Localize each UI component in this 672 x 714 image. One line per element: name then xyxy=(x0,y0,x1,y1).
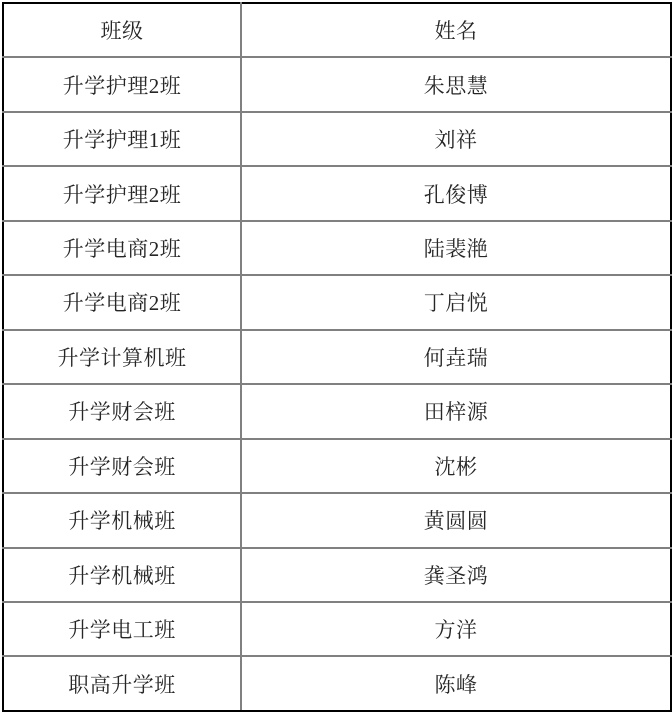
class-cell: 升学电商2班 xyxy=(3,275,241,329)
class-cell: 升学电商2班 xyxy=(3,221,241,275)
class-cell: 升学计算机班 xyxy=(3,330,241,384)
class-cell: 升学财会班 xyxy=(3,439,241,493)
table-row: 升学机械班 黄圆圆 xyxy=(3,493,671,547)
name-cell: 方洋 xyxy=(241,602,671,656)
name-cell: 陆裴滟 xyxy=(241,221,671,275)
table-row: 升学护理2班 孔俊博 xyxy=(3,166,671,220)
table-header-row: 班级 姓名 xyxy=(3,3,671,57)
name-cell: 田梓源 xyxy=(241,384,671,438)
class-cell: 升学财会班 xyxy=(3,384,241,438)
table-row: 升学电商2班 陆裴滟 xyxy=(3,221,671,275)
name-cell: 龚圣鸿 xyxy=(241,548,671,602)
class-cell: 升学护理2班 xyxy=(3,57,241,111)
name-cell: 丁启悦 xyxy=(241,275,671,329)
name-cell: 沈彬 xyxy=(241,439,671,493)
header-class: 班级 xyxy=(3,3,241,57)
table-row: 升学护理1班 刘祥 xyxy=(3,112,671,166)
class-cell: 升学护理1班 xyxy=(3,112,241,166)
header-name: 姓名 xyxy=(241,3,671,57)
table-row: 升学电商2班 丁启悦 xyxy=(3,275,671,329)
table-row: 升学机械班 龚圣鸿 xyxy=(3,548,671,602)
class-cell: 升学电工班 xyxy=(3,602,241,656)
class-name-table: 班级 姓名 升学护理2班 朱思慧 升学护理1班 刘祥 升学护理2班 孔俊博 升学… xyxy=(2,2,672,712)
name-cell: 朱思慧 xyxy=(241,57,671,111)
class-cell: 升学机械班 xyxy=(3,493,241,547)
class-cell: 职高升学班 xyxy=(3,656,241,711)
document-page: 班级 姓名 升学护理2班 朱思慧 升学护理1班 刘祥 升学护理2班 孔俊博 升学… xyxy=(0,0,672,714)
table-row: 升学电工班 方洋 xyxy=(3,602,671,656)
table-row: 升学财会班 田梓源 xyxy=(3,384,671,438)
table-row: 升学财会班 沈彬 xyxy=(3,439,671,493)
name-cell: 何垚瑞 xyxy=(241,330,671,384)
class-cell: 升学护理2班 xyxy=(3,166,241,220)
table-row: 升学计算机班 何垚瑞 xyxy=(3,330,671,384)
name-cell: 陈峰 xyxy=(241,656,671,711)
table-row: 职高升学班 陈峰 xyxy=(3,656,671,711)
name-cell: 黄圆圆 xyxy=(241,493,671,547)
table-row: 升学护理2班 朱思慧 xyxy=(3,57,671,111)
name-cell: 孔俊博 xyxy=(241,166,671,220)
class-cell: 升学机械班 xyxy=(3,548,241,602)
name-cell: 刘祥 xyxy=(241,112,671,166)
